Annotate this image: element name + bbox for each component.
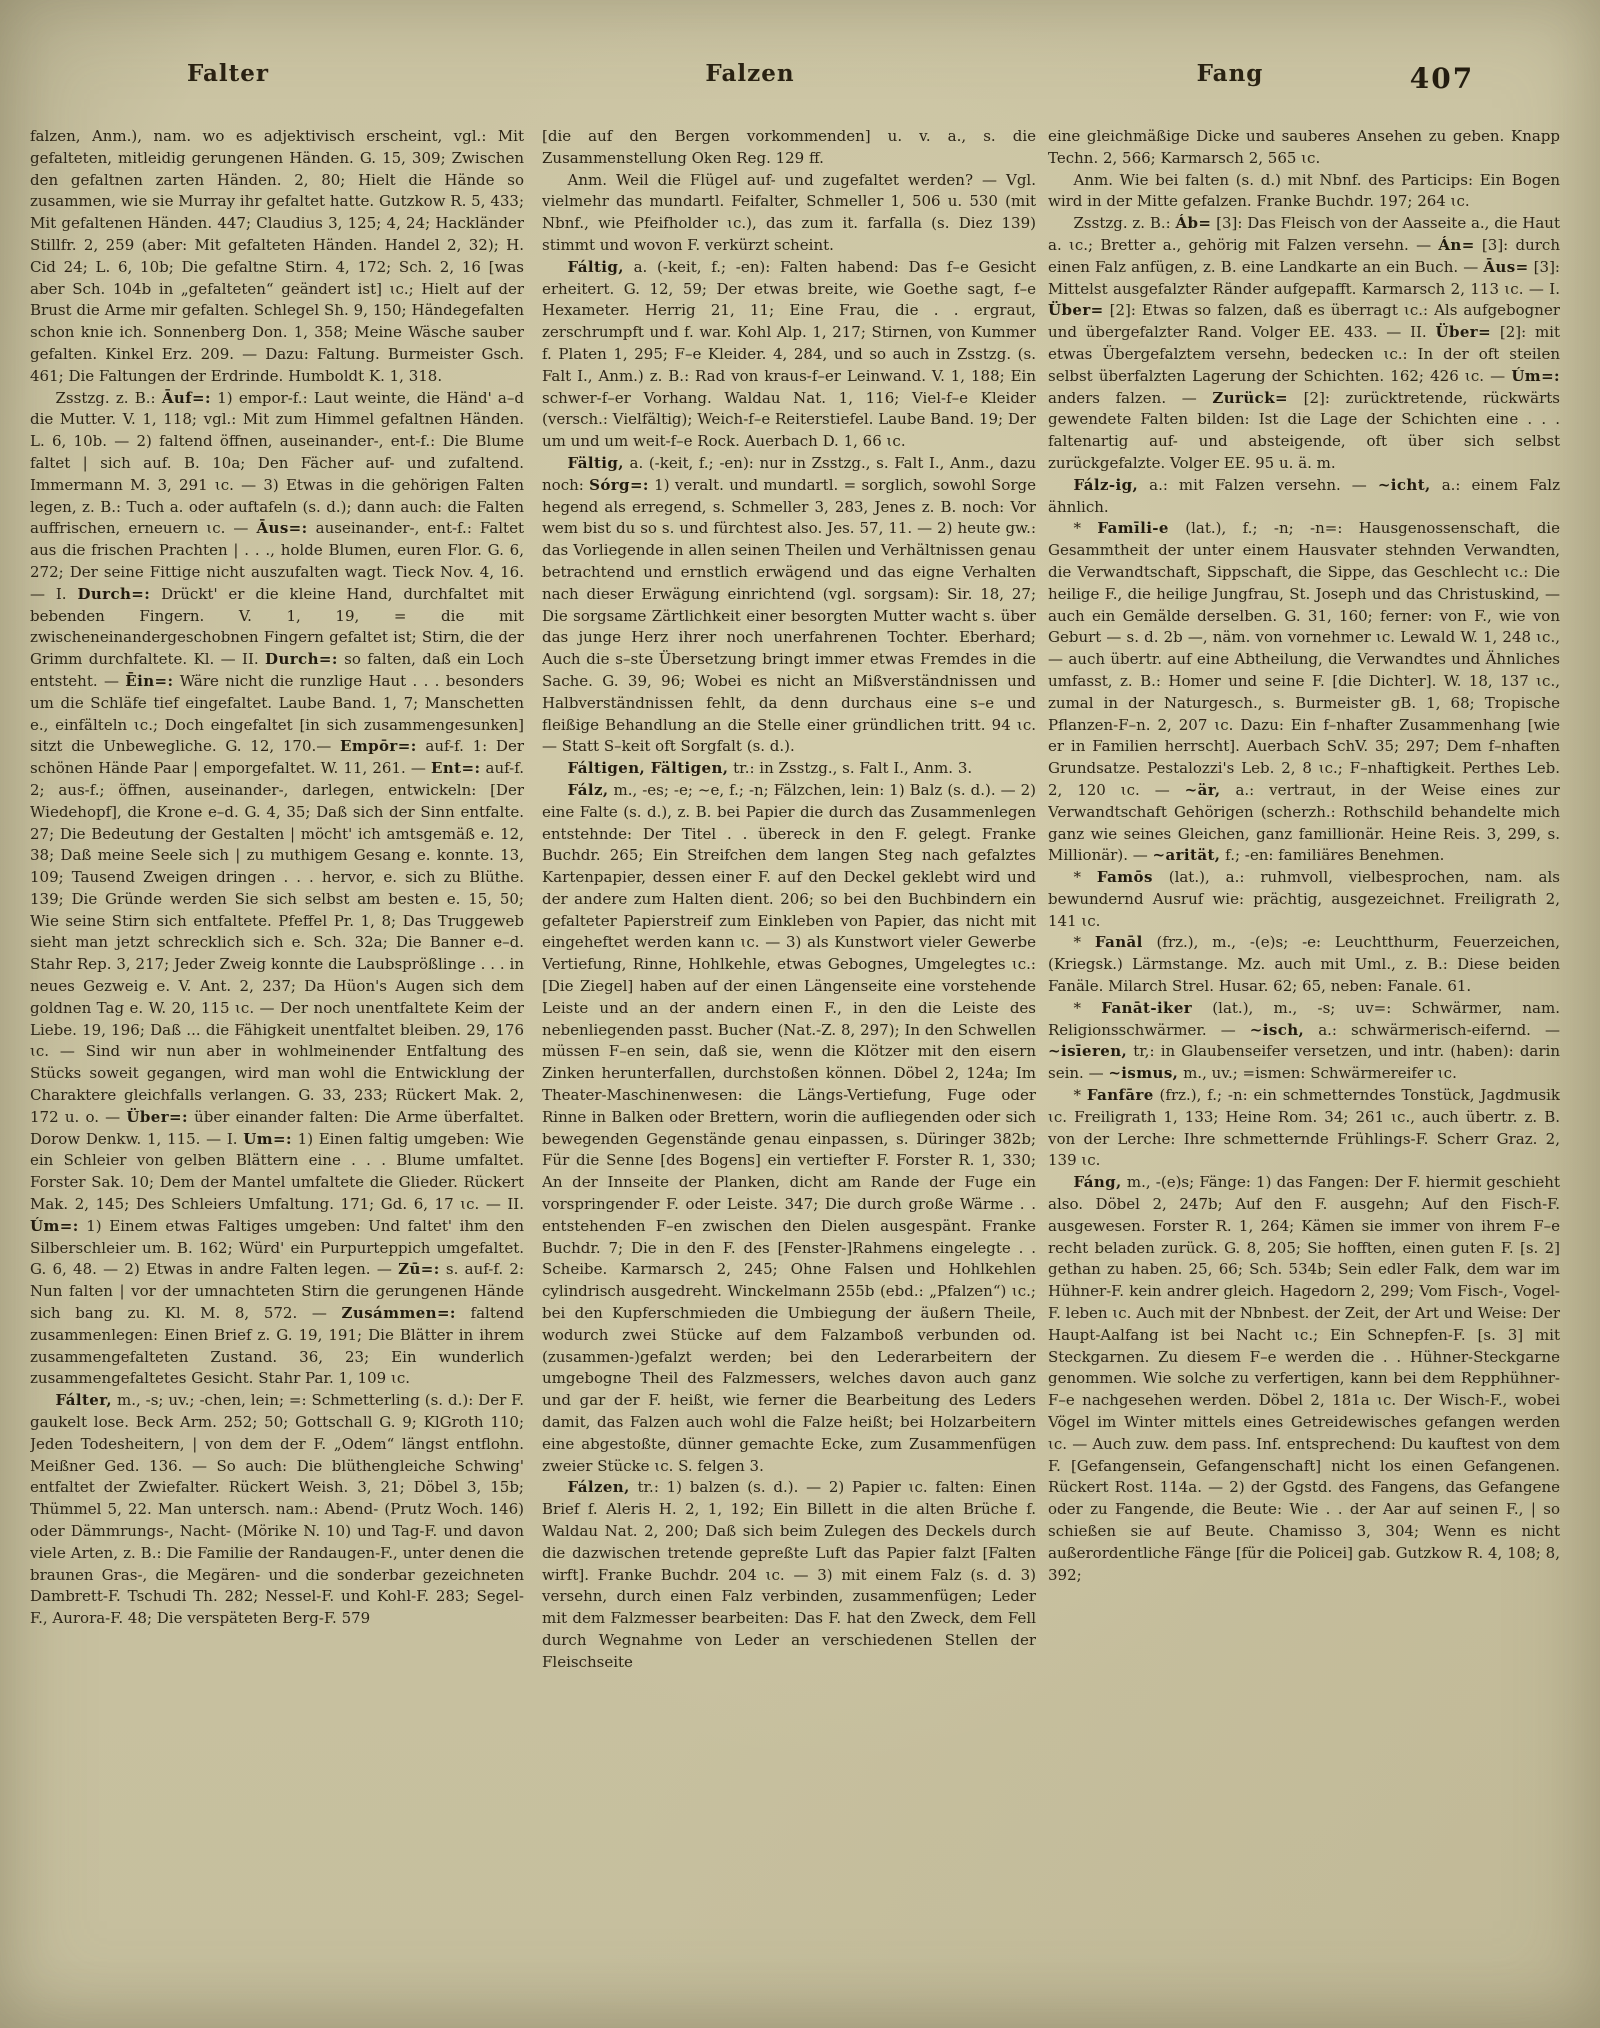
page-number: 407 xyxy=(1392,62,1492,95)
dictionary-paragraph: Fálzen, tr.: 1) balzen (s. d.). — 2) Pap… xyxy=(542,1477,1036,1673)
running-head-center: Falzen xyxy=(650,60,850,87)
dictionary-paragraph: * Fanāt-iker (lat.), m., -s; uv=: Schwär… xyxy=(1048,998,1560,1085)
dictionary-page: Falter Falzen Fang 407 falzen, Anm.), na… xyxy=(0,0,1600,2028)
dictionary-paragraph: * Fanfāre (frz.), f.; -n: ein schmettern… xyxy=(1048,1085,1560,1172)
text-column-right: eine gleichmäßige Dicke und sauberes Ans… xyxy=(1048,126,1560,1926)
dictionary-paragraph: * Fanāl (frz.), m., -(e)s; -e: Leuchtthu… xyxy=(1048,932,1560,997)
dictionary-paragraph: Fálz-ig, a.: mit Falzen versehn. — ~icht… xyxy=(1048,475,1560,519)
dictionary-paragraph: * Famīli-e (lat.), f.; -n; -n=: Hausgeno… xyxy=(1048,518,1560,867)
dictionary-paragraph: Fáng, m., -(e)s; Fänge: 1) das Fangen: D… xyxy=(1048,1172,1560,1586)
dictionary-paragraph: Fáltig, a. (-keit, f.; -en): Falten habe… xyxy=(542,257,1036,453)
running-head-left: Falter xyxy=(128,60,328,87)
dictionary-paragraph: eine gleichmäßige Dicke und sauberes Ans… xyxy=(1048,126,1560,170)
dictionary-paragraph: Fálter, m., -s; uv.; -chen, lein; =: Sch… xyxy=(30,1390,524,1630)
text-column-center: [die auf den Bergen vorkommenden] u. v. … xyxy=(542,126,1036,1926)
dictionary-paragraph: Fálz, m., -es; -e; ~e, f.; -n; Fälzchen,… xyxy=(542,780,1036,1478)
text-column-left: falzen, Anm.), nam. wo es adjektivisch e… xyxy=(30,126,524,1926)
dictionary-paragraph: Anm. Weil die Flügel auf- und zugefaltet… xyxy=(542,170,1036,257)
dictionary-paragraph: Anm. Wie bei falten (s. d.) mit Nbnf. de… xyxy=(1048,170,1560,214)
dictionary-paragraph: Zsstzg. z. B.: Áb= [3]: Das Fleisch von … xyxy=(1048,213,1560,475)
dictionary-paragraph: Zsstzg. z. B.: Āuf=: 1) empor-f.: Laut w… xyxy=(30,388,524,1391)
running-head-right: Fang xyxy=(1130,60,1330,87)
dictionary-paragraph: falzen, Anm.), nam. wo es adjektivisch e… xyxy=(30,126,524,388)
dictionary-paragraph: * Famōs (lat.), a.: ruhmvoll, vielbespro… xyxy=(1048,867,1560,932)
dictionary-paragraph: [die auf den Bergen vorkommenden] u. v. … xyxy=(542,126,1036,170)
dictionary-paragraph: Fáltigen, Fältigen, tr.: in Zsstzg., s. … xyxy=(542,758,1036,780)
dictionary-paragraph: Fältig, a. (-keit, f.; -en): nur in Zsst… xyxy=(542,453,1036,758)
